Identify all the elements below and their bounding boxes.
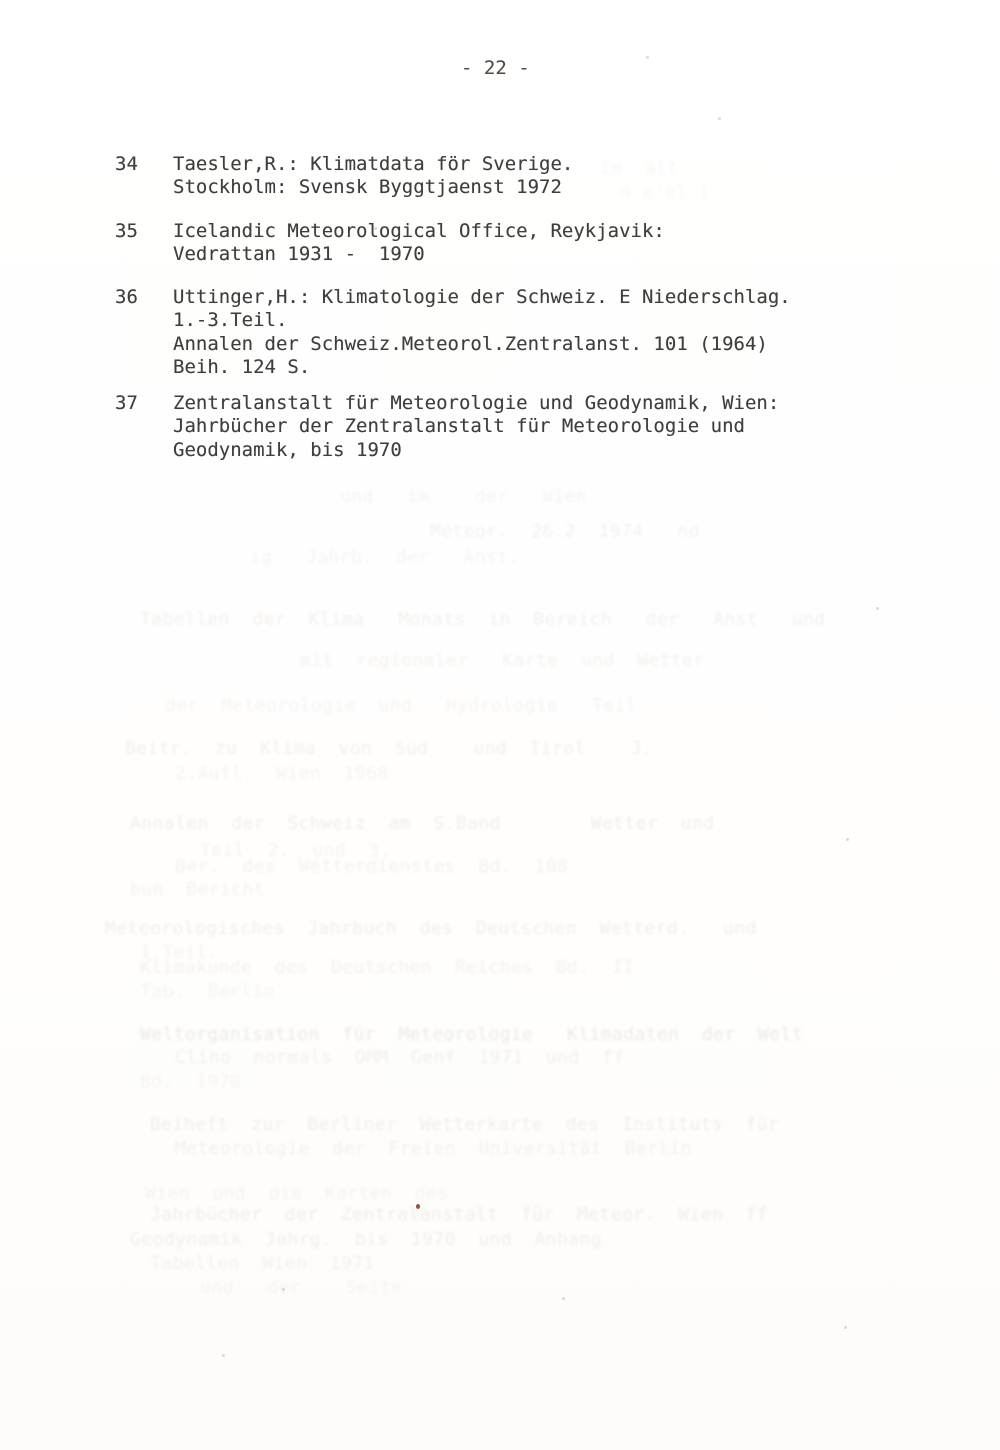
paper-speck [222,1354,225,1357]
paper-speck [844,1326,847,1329]
scanned-page: - 22 - im altn e'el iund im der WienMete… [0,0,1000,1450]
paper-speck [718,117,721,120]
paper-specks-layer [0,0,1000,1450]
paper-speck [374,227,377,230]
paper-speck [846,838,849,841]
paper-speck [646,56,649,59]
red-ink-dot [416,1204,420,1209]
paper-speck [562,1297,565,1300]
paper-speck [282,1288,285,1291]
paper-speck [876,607,879,610]
